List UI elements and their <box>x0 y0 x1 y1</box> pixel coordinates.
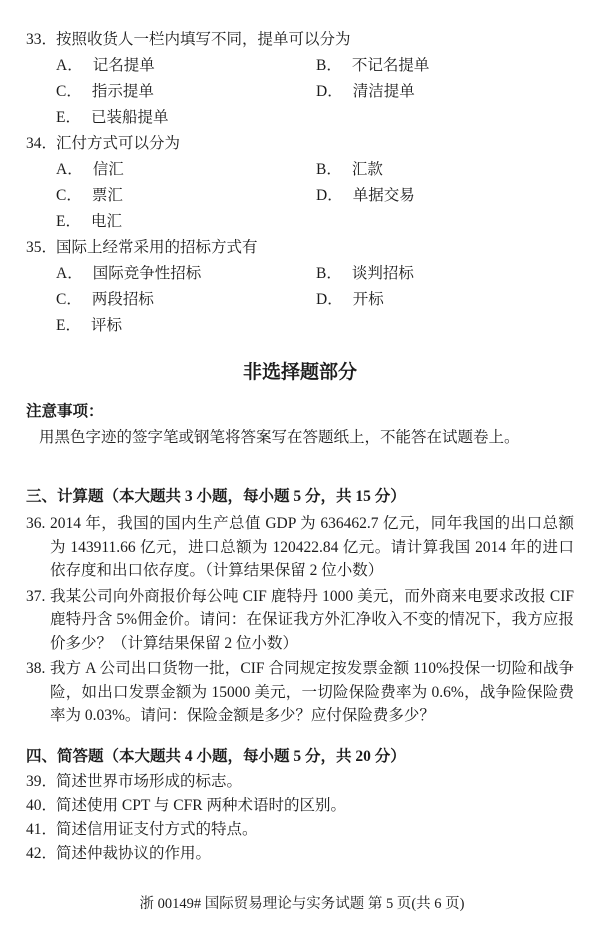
question-number: 34． <box>26 131 56 157</box>
option-text: 开标 <box>353 287 384 313</box>
question-38: 38. 我方 A 公司出口货物一批，CIF 合同规定按发票金额 110%投保一切… <box>26 657 574 728</box>
question-stem: 国际上经常采用的招标方式有 <box>56 235 574 261</box>
option-label: C． <box>56 79 82 105</box>
question-stem: 汇付方式可以分为 <box>56 131 574 157</box>
option-e: E． 已装船提单 <box>56 105 168 131</box>
question-text: 简述信用证支付方式的特点。 <box>56 818 258 842</box>
option-label: C． <box>56 183 82 209</box>
option-label: D． <box>316 287 343 313</box>
page-footer: 浙 00149# 国际贸易理论与实务试题 第 5 页(共 6 页) <box>0 893 604 915</box>
option-a: A． 国际竞争性招标 <box>56 261 316 287</box>
mcq-question-34: 34． 汇付方式可以分为 A． 信汇 B． 汇款 C． 票汇 D． 单据交易 <box>26 131 574 235</box>
option-d: D． 开标 <box>316 287 384 313</box>
option-text: 信汇 <box>93 157 124 183</box>
question-number: 41． <box>26 818 56 842</box>
question-42: 42． 简述仲裁协议的作用。 <box>26 842 574 866</box>
option-text: 记名提单 <box>93 53 155 79</box>
option-e: E． 评标 <box>56 313 122 339</box>
question-text: 我某公司向外商报价每公吨 CIF 鹿特丹 1000 美元，而外商来电要求改报 C… <box>50 585 574 656</box>
option-c: C． 票汇 <box>56 183 316 209</box>
option-label: B． <box>316 261 342 287</box>
option-a: A． 记名提单 <box>56 53 316 79</box>
option-a: A． 信汇 <box>56 157 316 183</box>
option-label: B． <box>316 157 342 183</box>
option-d: D． 单据交易 <box>316 183 415 209</box>
question-39: 39． 简述世界市场形成的标志。 <box>26 770 574 794</box>
question-number: 38. <box>26 657 50 728</box>
option-b: B． 谈判招标 <box>316 261 414 287</box>
notice-label: 注意事项： <box>26 399 574 425</box>
option-label: A． <box>56 53 83 79</box>
option-label: D． <box>316 183 343 209</box>
question-number: 33． <box>26 27 56 53</box>
option-d: D． 清洁提单 <box>316 79 415 105</box>
question-number: 42． <box>26 842 56 866</box>
question-text: 简述仲裁协议的作用。 <box>56 842 211 866</box>
option-b: B． 不记名提单 <box>316 53 429 79</box>
option-label: C． <box>56 287 82 313</box>
option-label: E． <box>56 313 81 339</box>
question-number: 35． <box>26 235 56 261</box>
option-text: 谈判招标 <box>352 261 414 287</box>
mcq-question-33: 33． 按照收货人一栏内填写不同，提单可以分为 A． 记名提单 B． 不记名提单… <box>26 27 574 131</box>
question-number: 39． <box>26 770 56 794</box>
question-36: 36. 2014 年，我国的国内生产总值 GDP 为 636462.7 亿元，同… <box>26 512 574 583</box>
option-text: 两段招标 <box>92 287 154 313</box>
exam-page: 33． 按照收货人一栏内填写不同，提单可以分为 A． 记名提单 B． 不记名提单… <box>0 0 604 948</box>
option-label: A． <box>56 261 83 287</box>
option-c: C． 指示提单 <box>56 79 316 105</box>
option-text: 票汇 <box>92 183 123 209</box>
question-text: 简述世界市场形成的标志。 <box>56 770 242 794</box>
option-label: E． <box>56 105 81 131</box>
option-e: E． 电汇 <box>56 209 122 235</box>
question-stem: 按照收货人一栏内填写不同，提单可以分为 <box>56 27 574 53</box>
option-b: B． 汇款 <box>316 157 383 183</box>
question-41: 41． 简述信用证支付方式的特点。 <box>26 818 574 842</box>
mcq-question-35: 35． 国际上经常采用的招标方式有 A． 国际竞争性招标 B． 谈判招标 C． … <box>26 235 574 339</box>
option-text: 不记名提单 <box>352 53 430 79</box>
option-label: A． <box>56 157 83 183</box>
option-text: 国际竞争性招标 <box>93 261 202 287</box>
section-title-calculation: 三、计算题（本大题共 3 小题，每小题 5 分，共 15 分） <box>26 484 574 510</box>
question-37: 37. 我某公司向外商报价每公吨 CIF 鹿特丹 1000 美元，而外商来电要求… <box>26 585 574 656</box>
question-text: 简述使用 CPT 与 CFR 两种术语时的区别。 <box>56 794 346 818</box>
option-label: B． <box>316 53 342 79</box>
option-text: 单据交易 <box>353 183 415 209</box>
option-c: C． 两段招标 <box>56 287 316 313</box>
option-label: E． <box>56 209 81 235</box>
option-text: 电汇 <box>91 209 122 235</box>
notice-text: 用黑色字迹的签字笔或钢笔将答案写在答题纸上，不能答在试题卷上。 <box>26 425 574 451</box>
question-number: 37. <box>26 585 50 656</box>
question-number: 36. <box>26 512 50 583</box>
option-text: 已装船提单 <box>91 105 169 131</box>
notice: 注意事项： 用黑色字迹的签字笔或钢笔将答案写在答题纸上，不能答在试题卷上。 <box>26 399 574 451</box>
section-title-short-answer: 四、简答题（本大题共 4 小题，每小题 5 分，共 20 分） <box>26 744 574 770</box>
question-40: 40． 简述使用 CPT 与 CFR 两种术语时的区别。 <box>26 794 574 818</box>
option-label: D． <box>316 79 343 105</box>
question-number: 40． <box>26 794 56 818</box>
option-text: 汇款 <box>352 157 383 183</box>
option-text: 指示提单 <box>92 79 154 105</box>
question-text: 我方 A 公司出口货物一批，CIF 合同规定按发票金额 110%投保一切险和战争… <box>50 657 574 728</box>
question-text: 2014 年，我国的国内生产总值 GDP 为 636462.7 亿元，同年我国的… <box>50 512 574 583</box>
option-text: 评标 <box>91 313 122 339</box>
option-text: 清洁提单 <box>353 79 415 105</box>
part-header: 非选择题部分 <box>26 359 574 387</box>
